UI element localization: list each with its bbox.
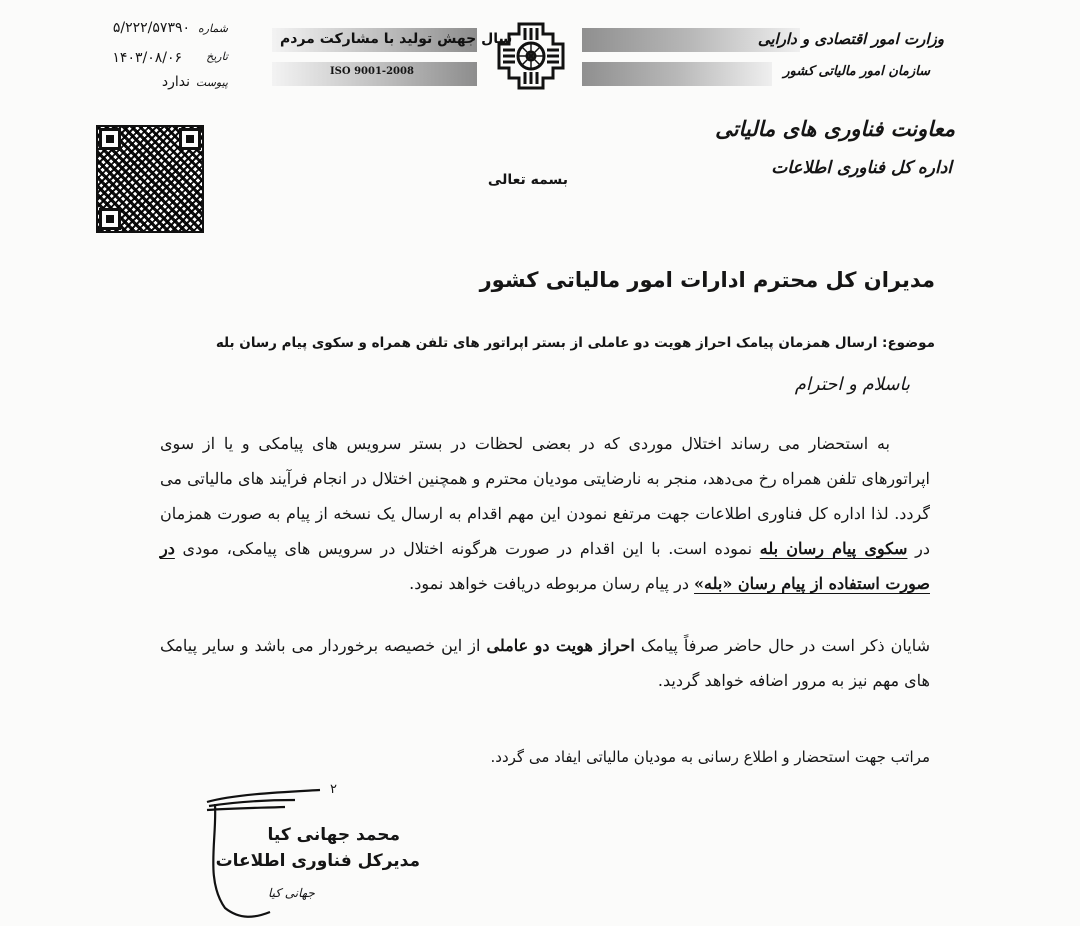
qr-finder-top-right: [179, 128, 201, 150]
department-title: اداره کل فناوری اطلاعات: [771, 158, 952, 178]
qr-finder-bottom-left: [99, 208, 121, 230]
body-text: شایان ذکر است در حال حاضر صرفاً پیامک: [635, 636, 930, 655]
date-value: ۱۴۰۳/۰۸/۰۶: [112, 50, 182, 66]
greeting: باسلام و احترام: [795, 374, 910, 395]
attachment-value: ندارد: [162, 74, 190, 90]
header-band-organization: [582, 62, 772, 86]
subject-line: موضوع: ارسال همزمان پیامک احراز هویت دو …: [216, 335, 935, 351]
deputy-title: معاونت فناوری های مالیاتی: [715, 116, 955, 141]
year-slogan: سال جهش تولید با مشارکت مردم: [280, 31, 512, 47]
attachment-label: پیوست: [196, 76, 228, 89]
body-paragraph-2: شایان ذکر است در حال حاضر صرفاً پیامک اح…: [160, 628, 930, 698]
emblem-logo: [495, 20, 567, 92]
qr-finder-top-left: [99, 128, 121, 150]
qr-code: [96, 125, 204, 233]
organization-name: سازمان امور مالیاتی کشور: [783, 64, 930, 79]
body-text: در پیام رسان مربوطه دریافت خواهد نمود.: [409, 574, 694, 593]
signatory-name: محمد جهانی کیا: [268, 825, 400, 845]
date-label: تاریخ: [206, 50, 228, 63]
two-factor-emphasis: احراز هویت دو عاملی: [487, 636, 635, 655]
body-paragraph-1: به استحضار می رساند اختلال موردی که در ب…: [160, 426, 930, 601]
body-text: نموده است. با این اقدام در صورت هرگونه ا…: [175, 539, 760, 558]
ministry-name: وزارت امور اقتصادی و دارایی: [758, 30, 944, 48]
recipient: مدیران کل محترم ادارات امور مالیاتی کشور: [480, 268, 935, 292]
closing-line: مراتب جهت استحضار و اطلاع رسانی به مودیا…: [491, 748, 930, 766]
iso-label: ISO 9001-2008: [330, 66, 414, 77]
number-label: شماره: [198, 22, 228, 35]
signatory-title: مدیرکل فناوری اطلاعات: [216, 851, 420, 871]
handwritten-signature: جهانی کیا: [268, 886, 315, 900]
number-value: ۵/۲۲۲/۵۷۳۹۰: [113, 20, 190, 36]
invocation: بسمه تعالی: [488, 172, 568, 188]
signature-mark: ۲: [330, 782, 337, 797]
bale-platform-emphasis: سکوی پیام رسان بله: [760, 539, 908, 558]
letter-meta: شماره ۵/۲۲۲/۵۷۳۹۰ تاریخ ۱۴۰۳/۰۸/۰۶ پیوست…: [90, 14, 210, 104]
